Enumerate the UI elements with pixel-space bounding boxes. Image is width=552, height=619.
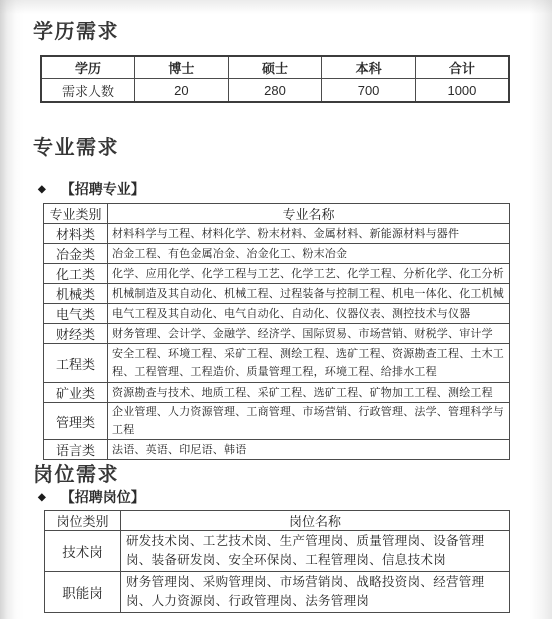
education-value-total: 1000 <box>415 79 509 103</box>
major-names: 冶金工程、有色金属冶金、冶金化工、粉末冶金 <box>108 244 510 264</box>
major-category: 机械类 <box>44 284 108 304</box>
major-table-header-row: 专业类别 专业名称 <box>44 204 510 224</box>
position-table: 岗位类别 岗位名称 技术岗 研发技术岗、工艺技术岗、生产管理岗、质量管理岗、设备… <box>44 510 510 613</box>
major-names: 机械制造及其自动化、机械工程、过程装备与控制工程、机电一体化、化工机械 <box>108 284 510 304</box>
section-position-heading: 岗位需求 <box>33 462 552 488</box>
education-header-degree: 学历 <box>41 56 135 79</box>
table-row: 机械类 机械制造及其自动化、机械工程、过程装备与控制工程、机电一体化、化工机械 <box>44 284 510 304</box>
position-header-name: 岗位名称 <box>121 511 510 531</box>
position-category: 技术岗 <box>45 531 121 572</box>
table-row: 管理类 企业管理、人力资源管理、工商管理、市场营销、行政管理、法学、管理科学与工… <box>44 403 510 440</box>
position-names: 财务管理岗、采购管理岗、市场营销岗、战略投资岗、经营管理岗、人力资源岗、行政管理… <box>121 572 510 613</box>
position-category: 职能岗 <box>45 572 121 613</box>
education-value-phd: 20 <box>135 79 229 103</box>
education-header-bachelor: 本科 <box>322 56 416 79</box>
table-row: 化工类 化学、应用化学、化学工程与工艺、化学工艺、化学工程、分析化学、化工分析 <box>44 264 510 284</box>
major-bullet-label: 【招聘专业】 <box>61 179 145 199</box>
position-table-header-row: 岗位类别 岗位名称 <box>45 511 510 531</box>
major-category: 管理类 <box>44 403 108 440</box>
major-category: 化工类 <box>44 264 108 284</box>
diamond-bullet-icon: ◆ <box>38 492 46 503</box>
table-row: 职能岗 财务管理岗、采购管理岗、市场营销岗、战略投资岗、经营管理岗、人力资源岗、… <box>45 572 510 613</box>
major-names: 电气工程及其自动化、电气自动化、自动化、仪器仪表、测控技术与仪器 <box>108 304 510 324</box>
table-row: 语言类 法语、英语、印尼语、韩语 <box>44 440 510 460</box>
major-names: 企业管理、人力资源管理、工商管理、市场营销、行政管理、法学、管理科学与工程 <box>108 403 510 440</box>
position-bullet-label: 【招聘岗位】 <box>61 487 145 507</box>
education-header-phd: 博士 <box>135 56 229 79</box>
table-row: 矿业类 资源勘查与技术、地质工程、采矿工程、选矿工程、矿物加工工程、测绘工程 <box>44 383 510 403</box>
section-education-heading: 学历需求 <box>33 19 552 45</box>
education-value-bachelor: 700 <box>322 79 416 103</box>
major-category: 冶金类 <box>44 244 108 264</box>
table-row: 电气类 电气工程及其自动化、电气自动化、自动化、仪器仪表、测控技术与仪器 <box>44 304 510 324</box>
major-names: 材料科学与工程、材料化学、粉末材料、金属材料、新能源材料与器件 <box>108 224 510 244</box>
position-header-category: 岗位类别 <box>45 511 121 531</box>
major-category: 语言类 <box>44 440 108 460</box>
table-row: 财经类 财务管理、会计学、金融学、经济学、国际贸易、市场营销、财税学、审计学 <box>44 324 510 344</box>
document-page: 学历需求 学历 博士 硕士 本科 合计 需求人数 20 280 700 1000… <box>0 0 552 619</box>
major-table: 专业类别 专业名称 材料类 材料科学与工程、材料化学、粉末材料、金属材料、新能源… <box>43 203 510 460</box>
table-row: 技术岗 研发技术岗、工艺技术岗、生产管理岗、质量管理岗、设备管理岗、装备研发岗、… <box>45 531 510 572</box>
major-names: 法语、英语、印尼语、韩语 <box>108 440 510 460</box>
major-names: 安全工程、环境工程、采矿工程、测绘工程、选矿工程、资源勘查工程、土木工程、工程管… <box>108 344 510 383</box>
section-major-heading: 专业需求 <box>33 135 552 161</box>
major-names: 财务管理、会计学、金融学、经济学、国际贸易、市场营销、财税学、审计学 <box>108 324 510 344</box>
table-row: 工程类 安全工程、环境工程、采矿工程、测绘工程、选矿工程、资源勘查工程、土木工程… <box>44 344 510 383</box>
major-category: 财经类 <box>44 324 108 344</box>
education-table-data-row: 需求人数 20 280 700 1000 <box>41 79 509 103</box>
position-bullet-line: ◆ 【招聘岗位】 <box>38 489 552 505</box>
major-header-category: 专业类别 <box>44 204 108 224</box>
education-value-master: 280 <box>228 79 322 103</box>
education-header-total: 合计 <box>415 56 509 79</box>
major-header-name: 专业名称 <box>108 204 510 224</box>
major-category: 电气类 <box>44 304 108 324</box>
major-names: 化学、应用化学、化学工程与工艺、化学工艺、化学工程、分析化学、化工分析 <box>108 264 510 284</box>
table-row: 冶金类 冶金工程、有色金属冶金、冶金化工、粉末冶金 <box>44 244 510 264</box>
position-names: 研发技术岗、工艺技术岗、生产管理岗、质量管理岗、设备管理岗、装备研发岗、安全环保… <box>121 531 510 572</box>
major-category: 工程类 <box>44 344 108 383</box>
education-table: 学历 博士 硕士 本科 合计 需求人数 20 280 700 1000 <box>40 55 510 103</box>
education-row-label: 需求人数 <box>41 79 135 103</box>
major-names: 资源勘查与技术、地质工程、采矿工程、选矿工程、矿物加工工程、测绘工程 <box>108 383 510 403</box>
table-row: 材料类 材料科学与工程、材料化学、粉末材料、金属材料、新能源材料与器件 <box>44 224 510 244</box>
major-category: 矿业类 <box>44 383 108 403</box>
education-header-master: 硕士 <box>228 56 322 79</box>
diamond-bullet-icon: ◆ <box>38 184 46 195</box>
major-bullet-line: ◆ 【招聘专业】 <box>38 181 552 197</box>
major-category: 材料类 <box>44 224 108 244</box>
education-table-header-row: 学历 博士 硕士 本科 合计 <box>41 56 509 79</box>
